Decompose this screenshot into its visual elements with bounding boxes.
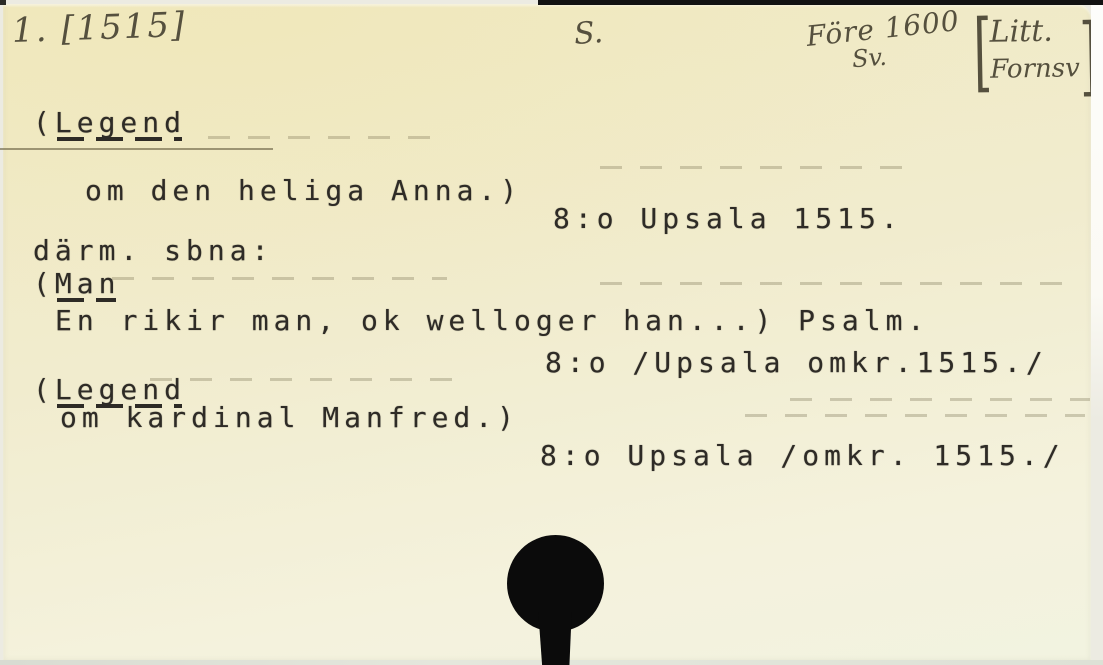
scan-speck xyxy=(0,0,6,5)
subject-line-2: Fornsv xyxy=(990,53,1080,85)
entry1-title: Legend xyxy=(55,106,186,141)
faint-dashes xyxy=(600,282,1080,285)
faint-dashes xyxy=(600,166,920,169)
faint-dashes xyxy=(112,277,447,280)
faint-dashes xyxy=(745,414,1085,417)
entry2-subtitle: En rikir man, ok welloger han...) Psalm. xyxy=(55,304,929,338)
faint-dashes xyxy=(208,136,438,139)
entry2-heading: (Man xyxy=(33,267,120,301)
handwritten-serial: 1. [1515] xyxy=(11,5,187,51)
handwritten-letter: S. xyxy=(573,15,604,52)
entry2-imprint: 8:o /Upsala omkr.1515./ xyxy=(545,346,1048,380)
entry3-paren: ( xyxy=(33,373,55,406)
handwritten-subject-bracket: [ Litt. Fornsv ] xyxy=(973,7,1097,99)
entry3-subtitle: om kardinal Manfred.) xyxy=(60,401,519,435)
punch-hole-stem xyxy=(536,612,574,665)
entry1-imprint: 8:o Upsala 1515. xyxy=(553,202,903,236)
scan-edge-top xyxy=(538,0,1103,5)
entry3-imprint: 8:o Upsala /omkr. 1515./ xyxy=(540,439,1065,473)
entry1-paren: ( xyxy=(33,106,55,139)
entry2-paren: ( xyxy=(33,267,55,300)
entry1-heading: (Legend xyxy=(33,106,186,140)
entry1-subtitle: om den heliga Anna.) xyxy=(85,174,522,208)
handwritten-language-note: Sv. xyxy=(851,43,888,73)
entry2-title: Man xyxy=(55,267,121,302)
ruled-line xyxy=(0,148,273,150)
note-line: därm. sbna: xyxy=(33,234,273,268)
subject-line-1: Litt. xyxy=(989,14,1053,50)
faint-dashes xyxy=(150,378,460,381)
faint-dashes xyxy=(790,398,1090,401)
scan-margin-right xyxy=(1091,0,1103,420)
